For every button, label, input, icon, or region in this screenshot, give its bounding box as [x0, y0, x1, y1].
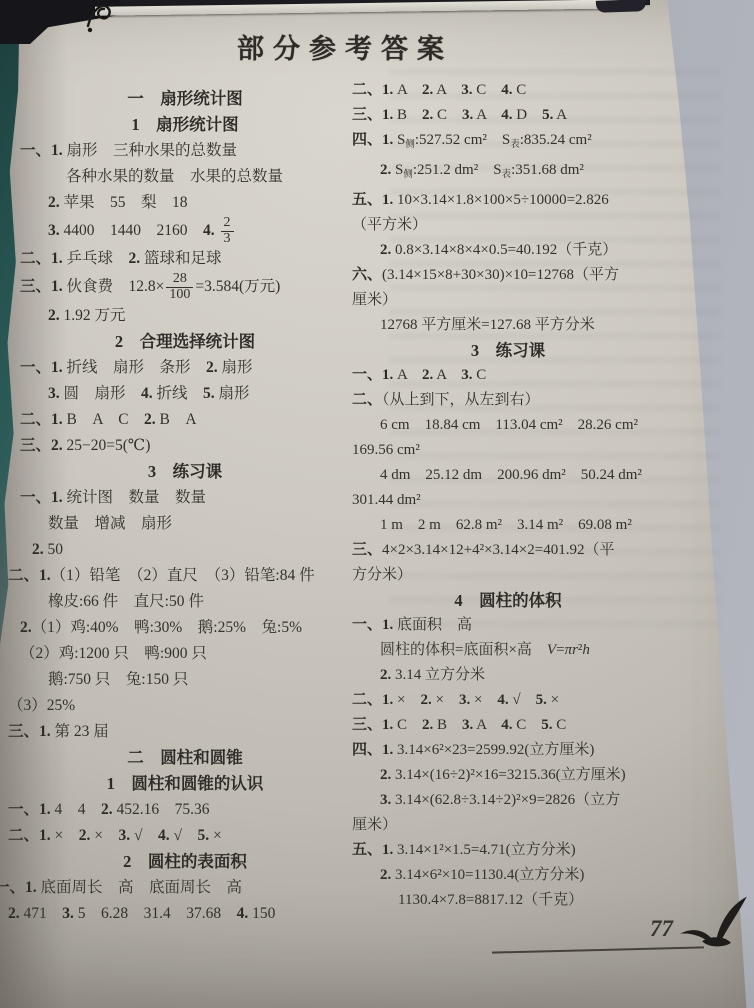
section-heading: 3 练习课	[352, 338, 664, 363]
page-title: 部分参考答案	[0, 27, 690, 66]
fraction-denominator: 3	[221, 232, 234, 247]
binding-shadow-blob	[596, 0, 646, 13]
answer-line: 169.56 cm²	[352, 438, 744, 463]
answer-line: 一、1. 折线 扇形 条形 2. 扇形	[20, 355, 350, 381]
answer-line: 3. 3.14×(62.8÷3.14÷2)²×9=2826（立方	[380, 788, 744, 813]
answer-line: 二、1. 乒乓球 2. 篮球和足球	[20, 246, 350, 272]
answer-line: 4 dm 25.12 dm 200.96 dm² 50.24 dm²	[380, 463, 744, 488]
answer-line: 1 m 2 m 62.8 m² 3.14 m² 69.08 m²	[380, 513, 744, 538]
answer-line: 一、1. 统计图 数量 数量	[20, 485, 350, 511]
answer-line: 六、(3.14×15×8+30×30)×10=12768（平方	[352, 263, 744, 288]
answer-line: 橡皮:66 件 直尺:50 件	[48, 589, 350, 615]
answer-line: 一、1. 底面积 高	[352, 613, 744, 638]
answer-line: 二、1. × 2. × 3. × 4. √ 5. ×	[352, 688, 744, 713]
section-heading: 1 圆柱和圆锥的认识	[20, 771, 350, 797]
page-number: 77	[650, 916, 673, 942]
photographed-answer-page: 部分参考答案 一 扇形统计图1 扇形统计图一、1. 扇形 三种水果的总数量各种水…	[0, 0, 754, 1008]
answer-line: 三、1. 伙食费 12.8×28100=3.584(万元)	[20, 272, 350, 302]
answer-line: 2. S侧:251.2 dm² S表:351.68 dm²	[380, 158, 744, 188]
section-heading: 4 圆柱的体积	[352, 588, 664, 613]
answer-line: 2. 50	[32, 537, 350, 563]
answer-line: 6 cm 18.84 cm 113.04 cm² 28.26 cm²	[380, 413, 744, 438]
answer-line: 3. 4400 1440 2160 4. 23	[48, 216, 350, 246]
answer-line: 二、1. × 2. × 3. √ 4. √ 5. ×	[8, 823, 350, 849]
section-heading: 二 圆柱和圆锥	[20, 745, 350, 771]
answer-line: 12768 平方厘米=127.68 平方分米	[380, 313, 744, 338]
answer-line: 方分米）	[352, 563, 744, 588]
answer-line: 一、1. 扇形 三种水果的总数量	[20, 138, 350, 164]
answer-line: 二、1. B A C 2. B A	[20, 407, 350, 433]
answer-line: 2. 1.92 万元	[48, 303, 350, 329]
fraction-numerator: 28	[166, 272, 193, 288]
answer-line: 四、1. S侧:527.52 cm² S表:835.24 cm²	[352, 128, 744, 158]
section-heading: 3 练习课	[20, 459, 350, 485]
fraction: 23	[221, 216, 234, 246]
answer-line: 厘米）	[352, 813, 744, 838]
answer-line: 一、1. A 2. A 3. C	[352, 363, 744, 388]
answer-line: 2. 3.14 立方分米	[380, 663, 744, 688]
answer-line: 2. 0.8×3.14×8×4×0.5=40.192（千克）	[380, 238, 744, 263]
answer-line: 三、4×2×3.14×12+4²×3.14×2=401.92（平	[352, 538, 744, 563]
answer-line: 三、2. 25−20=5(℃)	[20, 433, 350, 459]
answer-line: 四、1. 3.14×6²×23=2599.92(立方厘米)	[352, 738, 744, 763]
column-left: 一 扇形统计图1 扇形统计图一、1. 扇形 三种水果的总数量各种水果的数量 水果…	[20, 86, 350, 927]
bird-icon	[676, 888, 751, 956]
answer-line: 五、1. 3.14×1²×1.5=4.71(立方分米)	[352, 838, 744, 863]
answer-line: 二、1.（1）铅笔 （2）直尺 （3）铅笔:84 件	[8, 563, 350, 589]
answer-line: 三、1. C 2. B 3. A 4. C 5. C	[352, 713, 744, 738]
answer-line: 三、1. B 2. C 3. A 4. D 5. A	[352, 103, 744, 128]
answer-line: 三、1. 第 23 届	[8, 719, 350, 745]
fraction: 28100	[166, 272, 193, 302]
column-right: 二、1. A 2. A 3. C 4. C三、1. B 2. C 3. A 4.…	[352, 78, 744, 913]
section-heading: 2 合理选择统计图	[20, 329, 350, 355]
answer-line: 二、（从上到下，从左到右）	[352, 388, 744, 413]
answer-line: 二、1. A 2. A 3. C 4. C	[352, 78, 744, 103]
fraction-numerator: 2	[221, 216, 234, 232]
answer-line: 一、1. 4 4 2. 452.16 75.36	[8, 797, 350, 823]
section-heading: 1 扇形统计图	[20, 112, 350, 138]
answer-line: 一、1. 底面周长 高 底面周长 高	[0, 875, 350, 901]
section-heading: 2 圆柱的表面积	[20, 849, 350, 875]
answer-line: 2.（1）鸡:40% 鸭:30% 鹅:25% 兔:5%	[20, 615, 350, 641]
answer-line: 厘米）	[352, 288, 744, 313]
answer-line: 301.44 dm²	[352, 488, 744, 513]
answer-line: 2. 3.14×(16÷2)²×16=3215.36(立方厘米)	[380, 763, 744, 788]
answer-line: 2. 3.14×6²×10=1130.4(立方分米)	[380, 863, 744, 888]
answer-line: 2. 苹果 55 梨 18	[48, 190, 350, 216]
answer-line: （2）鸡:1200 只 鸭:900 只	[20, 641, 350, 667]
answer-line: 3. 圆 扇形 4. 折线 5. 扇形	[48, 381, 350, 407]
answer-line: 数量 增减 扇形	[48, 511, 350, 537]
answer-line: 2. 471 3. 5 6.28 31.4 37.68 4. 150	[8, 901, 350, 927]
answer-line: 鹅:750 只 兔:150 只	[48, 667, 350, 693]
answer-line: 五、1. 10×3.14×1.8×100×5÷10000=2.826	[352, 188, 744, 213]
answer-line: （3）25%	[8, 693, 350, 719]
answer-line: 圆柱的体积=底面积×高 V=πr²h	[380, 638, 744, 663]
answer-line: 各种水果的数量 水果的总数量	[66, 164, 350, 190]
section-heading: 一 扇形统计图	[20, 86, 350, 112]
fraction-denominator: 100	[166, 288, 193, 303]
answer-line: （平方米）	[352, 213, 744, 238]
